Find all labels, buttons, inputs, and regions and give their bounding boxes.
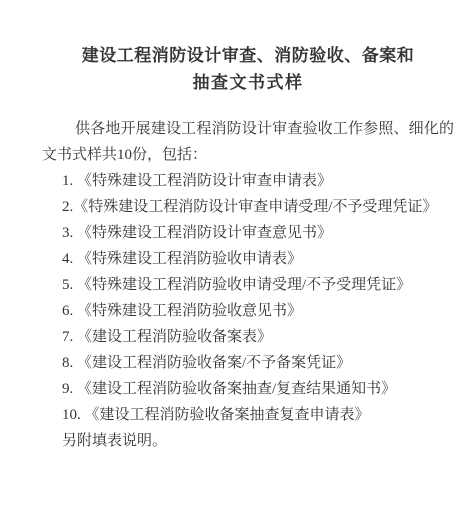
- list-item: 6. 《特殊建设工程消防验收意见书》: [62, 298, 454, 324]
- list-item: 10. 《建设工程消防验收备案抽查复查申请表》: [62, 402, 454, 428]
- document-title: 建设工程消防设计审查、消防验收、备案和 抽查文书式样: [42, 42, 454, 96]
- list-item: 4. 《特殊建设工程消防验收申请表》: [62, 246, 454, 272]
- list-item: 9. 《建设工程消防验收备案抽查/复查结果通知书》: [62, 376, 454, 402]
- list-item: 5. 《特殊建设工程消防验收申请受理/不予受理凭证》: [62, 272, 454, 298]
- intro-paragraph: 供各地开展建设工程消防设计审查验收工作参照、细化的文书式样共10份，包括：: [42, 116, 454, 168]
- title-line-1: 建设工程消防设计审查、消防验收、备案和: [42, 42, 454, 69]
- list-item: 3. 《特殊建设工程消防设计审查意见书》: [62, 220, 454, 246]
- list-item: 1. 《特殊建设工程消防设计审查申请表》: [62, 168, 454, 194]
- list-item: 8. 《建设工程消防验收备案/不予备案凭证》: [62, 350, 454, 376]
- list-item: 7. 《建设工程消防验收备案表》: [62, 324, 454, 350]
- list-item: 2.《特殊建设工程消防设计审查申请受理/不予受理凭证》: [62, 194, 454, 220]
- document-list: 1. 《特殊建设工程消防设计审查申请表》 2.《特殊建设工程消防设计审查申请受理…: [42, 168, 454, 428]
- note-line: 另附填表说明。: [42, 428, 454, 454]
- document-page: 建设工程消防设计审查、消防验收、备案和 抽查文书式样 供各地开展建设工程消防设计…: [0, 0, 473, 509]
- title-line-2: 抽查文书式样: [42, 69, 454, 96]
